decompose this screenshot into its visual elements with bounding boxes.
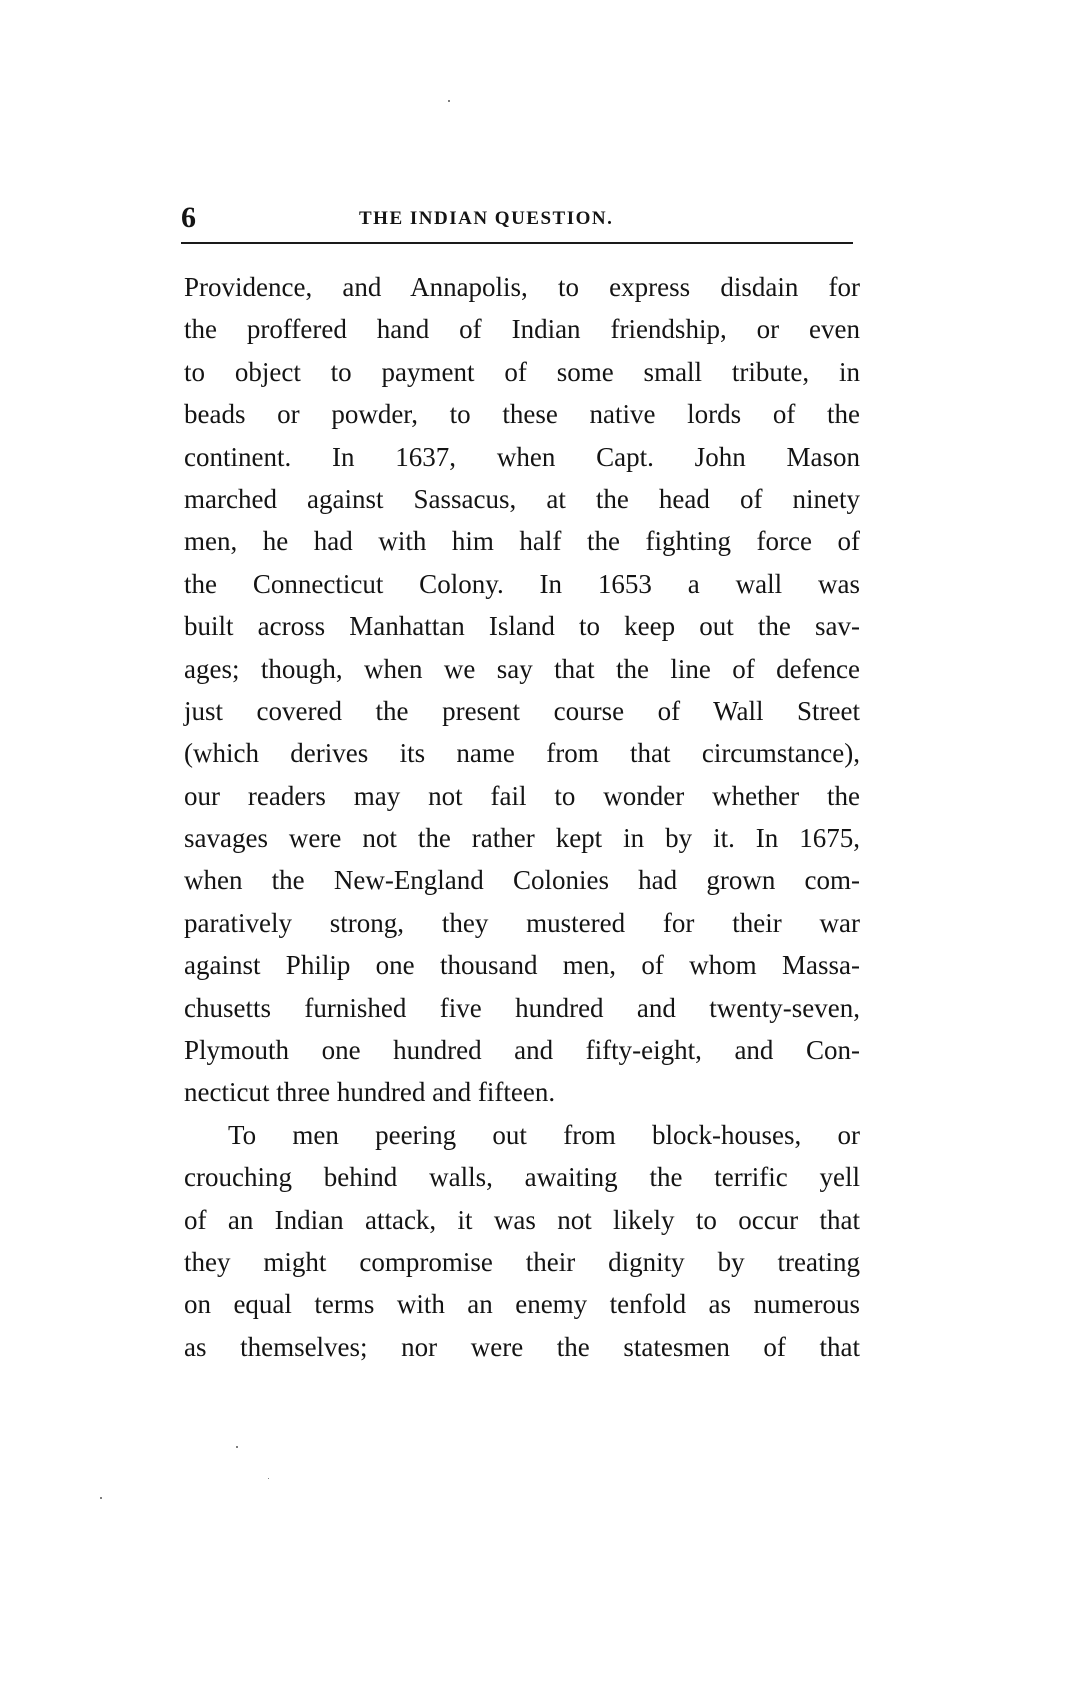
text-line: beads or powder, to these native lords o… xyxy=(184,393,860,435)
text-line: men, he had with him half the fighting f… xyxy=(184,520,860,562)
text-line: when the New-England Colonies had grown … xyxy=(184,859,860,901)
text-line: the Connecticut Colony. In 1653 a wall w… xyxy=(184,563,860,605)
running-head: 6 THE INDIAN QUESTION. xyxy=(181,198,853,238)
text-line: against Philip one thousand men, of whom… xyxy=(184,944,860,986)
running-title: THE INDIAN QUESTION. xyxy=(359,202,613,236)
page-number: 6 xyxy=(181,198,196,238)
scan-speck xyxy=(236,1446,238,1448)
text-line: necticut three hundred and fifteen. xyxy=(184,1071,860,1113)
text-line: they might compromise their dignity by t… xyxy=(184,1241,860,1283)
text-line: Providence, and Annapolis, to express di… xyxy=(184,266,860,308)
text-line: as themselves; nor were the statesmen of… xyxy=(184,1326,860,1368)
text-line: (which derives its name from that circum… xyxy=(184,732,860,774)
text-line: crouching behind walls, awaiting the ter… xyxy=(184,1156,860,1198)
text-line: our readers may not fail to wonder wheth… xyxy=(184,775,860,817)
text-line: chusetts furnished five hundred and twen… xyxy=(184,987,860,1029)
text-line: the proffered hand of Indian friendship,… xyxy=(184,308,860,350)
header-rule xyxy=(181,242,853,244)
scan-speck xyxy=(448,100,450,102)
text-line: of an Indian attack, it was not likely t… xyxy=(184,1199,860,1241)
text-line: Plymouth one hundred and fifty-eight, an… xyxy=(184,1029,860,1071)
text-line: just covered the present course of Wall … xyxy=(184,690,860,732)
scan-speck xyxy=(100,1497,102,1499)
text-line: paratively strong, they mustered for the… xyxy=(184,902,860,944)
book-page: 6 THE INDIAN QUESTION. Providence, and A… xyxy=(0,0,1070,1694)
text-line: To men peering out from block-houses, or xyxy=(184,1114,860,1156)
text-line: ages; though, when we say that the line … xyxy=(184,648,860,690)
text-line: to object to payment of some small tribu… xyxy=(184,351,860,393)
scan-speck xyxy=(268,1478,269,1479)
text-line: built across Manhattan Island to keep ou… xyxy=(184,605,860,647)
text-line: savages were not the rather kept in by i… xyxy=(184,817,860,859)
body-text: Providence, and Annapolis, to express di… xyxy=(184,266,860,1368)
text-line: continent. In 1637, when Capt. John Maso… xyxy=(184,436,860,478)
text-line: on equal terms with an enemy tenfold as … xyxy=(184,1283,860,1325)
text-line: marched against Sassacus, at the head of… xyxy=(184,478,860,520)
